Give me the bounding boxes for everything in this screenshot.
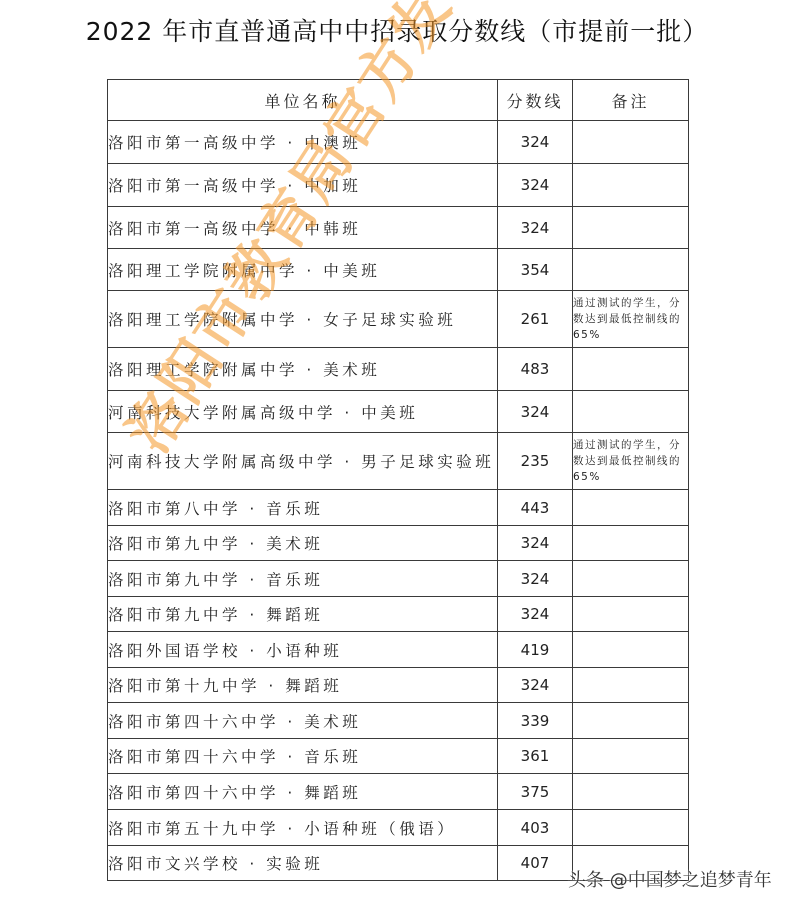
note <box>573 348 689 391</box>
score-value: 339 <box>498 703 573 739</box>
school-name: 洛阳理工学院附属中学 · 女子足球实验班 <box>108 291 498 348</box>
score-value: 375 <box>498 774 573 810</box>
score-value: 324 <box>498 207 573 249</box>
school-name: 洛阳市第九中学 · 舞蹈班 <box>108 597 498 632</box>
table-row: 洛阳理工学院附属中学 · 中美班354 <box>108 249 689 291</box>
table-row: 洛阳市第九中学 · 舞蹈班324 <box>108 597 689 632</box>
table-row: 洛阳市第一高级中学 · 中加班324 <box>108 164 689 207</box>
table-row: 洛阳市第一高级中学 · 中澳班324 <box>108 121 689 164</box>
document-title: 2022 年市直普通高中中招录取分数线（市提前一批） <box>0 14 794 50</box>
school-name: 洛阳市第一高级中学 · 中韩班 <box>108 207 498 249</box>
note <box>573 774 689 810</box>
note <box>573 121 689 164</box>
school-name: 洛阳市第四十六中学 · 美术班 <box>108 703 498 739</box>
note <box>573 810 689 846</box>
school-name: 洛阳市第八中学 · 音乐班 <box>108 490 498 526</box>
table-row: 洛阳理工学院附属中学 · 女子足球实验班261通过测试的学生，分数达到最低控制线… <box>108 291 689 348</box>
score-value: 324 <box>498 391 573 433</box>
school-name: 洛阳市第十九中学 · 舞蹈班 <box>108 668 498 703</box>
header-note: 备注 <box>573 80 689 121</box>
note: 通过测试的学生，分数达到最低控制线的65% <box>573 433 689 490</box>
score-value: 354 <box>498 249 573 291</box>
table-row: 河南科技大学附属高级中学 · 男子足球实验班235通过测试的学生，分数达到最低控… <box>108 433 689 490</box>
score-value: 324 <box>498 668 573 703</box>
score-value: 443 <box>498 490 573 526</box>
note <box>573 249 689 291</box>
score-value: 324 <box>498 561 573 597</box>
table-header-row: 单位名称 分数线 备注 <box>108 80 689 121</box>
school-name: 洛阳市第四十六中学 · 音乐班 <box>108 739 498 774</box>
source-credit: 头条 @中国梦之追梦青年 <box>568 866 772 892</box>
school-name: 洛阳市第四十六中学 · 舞蹈班 <box>108 774 498 810</box>
note <box>573 597 689 632</box>
note <box>573 632 689 668</box>
note <box>573 561 689 597</box>
table-row: 河南科技大学附属高级中学 · 中美班324 <box>108 391 689 433</box>
school-name: 洛阳市第一高级中学 · 中加班 <box>108 164 498 207</box>
table-row: 洛阳市第九中学 · 音乐班324 <box>108 561 689 597</box>
note <box>573 391 689 433</box>
score-value: 235 <box>498 433 573 490</box>
admission-score-table: 单位名称 分数线 备注 洛阳市第一高级中学 · 中澳班324 洛阳市第一高级中学… <box>107 79 689 881</box>
table-row: 洛阳市第九中学 · 美术班324 <box>108 526 689 561</box>
school-name: 洛阳市第九中学 · 美术班 <box>108 526 498 561</box>
note <box>573 703 689 739</box>
score-value: 324 <box>498 164 573 207</box>
score-value: 324 <box>498 597 573 632</box>
school-name: 洛阳理工学院附属中学 · 中美班 <box>108 249 498 291</box>
school-name: 洛阳外国语学校 · 小语种班 <box>108 632 498 668</box>
table-row: 洛阳市第四十六中学 · 音乐班361 <box>108 739 689 774</box>
note <box>573 207 689 249</box>
school-name: 洛阳市第一高级中学 · 中澳班 <box>108 121 498 164</box>
school-name: 洛阳理工学院附属中学 · 美术班 <box>108 348 498 391</box>
school-name: 河南科技大学附属高级中学 · 男子足球实验班 <box>108 433 498 490</box>
score-value: 403 <box>498 810 573 846</box>
score-value: 324 <box>498 121 573 164</box>
school-name: 洛阳市文兴学校 · 实验班 <box>108 846 498 881</box>
score-value: 407 <box>498 846 573 881</box>
table-row: 洛阳外国语学校 · 小语种班419 <box>108 632 689 668</box>
table-row: 洛阳市第一高级中学 · 中韩班324 <box>108 207 689 249</box>
score-value: 483 <box>498 348 573 391</box>
note <box>573 490 689 526</box>
school-name: 河南科技大学附属高级中学 · 中美班 <box>108 391 498 433</box>
table-row: 洛阳市第十九中学 · 舞蹈班324 <box>108 668 689 703</box>
table-row: 洛阳理工学院附属中学 · 美术班483 <box>108 348 689 391</box>
table-row: 洛阳市第四十六中学 · 舞蹈班375 <box>108 774 689 810</box>
header-school-name: 单位名称 <box>108 80 498 121</box>
note: 通过测试的学生，分数达到最低控制线的65% <box>573 291 689 348</box>
table-row: 洛阳市第八中学 · 音乐班443 <box>108 490 689 526</box>
note <box>573 668 689 703</box>
school-name: 洛阳市第五十九中学 · 小语种班（俄语） <box>108 810 498 846</box>
note <box>573 739 689 774</box>
table-row: 洛阳市第四十六中学 · 美术班339 <box>108 703 689 739</box>
header-score: 分数线 <box>498 80 573 121</box>
note <box>573 526 689 561</box>
score-value: 361 <box>498 739 573 774</box>
score-value: 419 <box>498 632 573 668</box>
school-name: 洛阳市第九中学 · 音乐班 <box>108 561 498 597</box>
score-value: 324 <box>498 526 573 561</box>
note <box>573 164 689 207</box>
score-value: 261 <box>498 291 573 348</box>
table-row: 洛阳市第五十九中学 · 小语种班（俄语）403 <box>108 810 689 846</box>
